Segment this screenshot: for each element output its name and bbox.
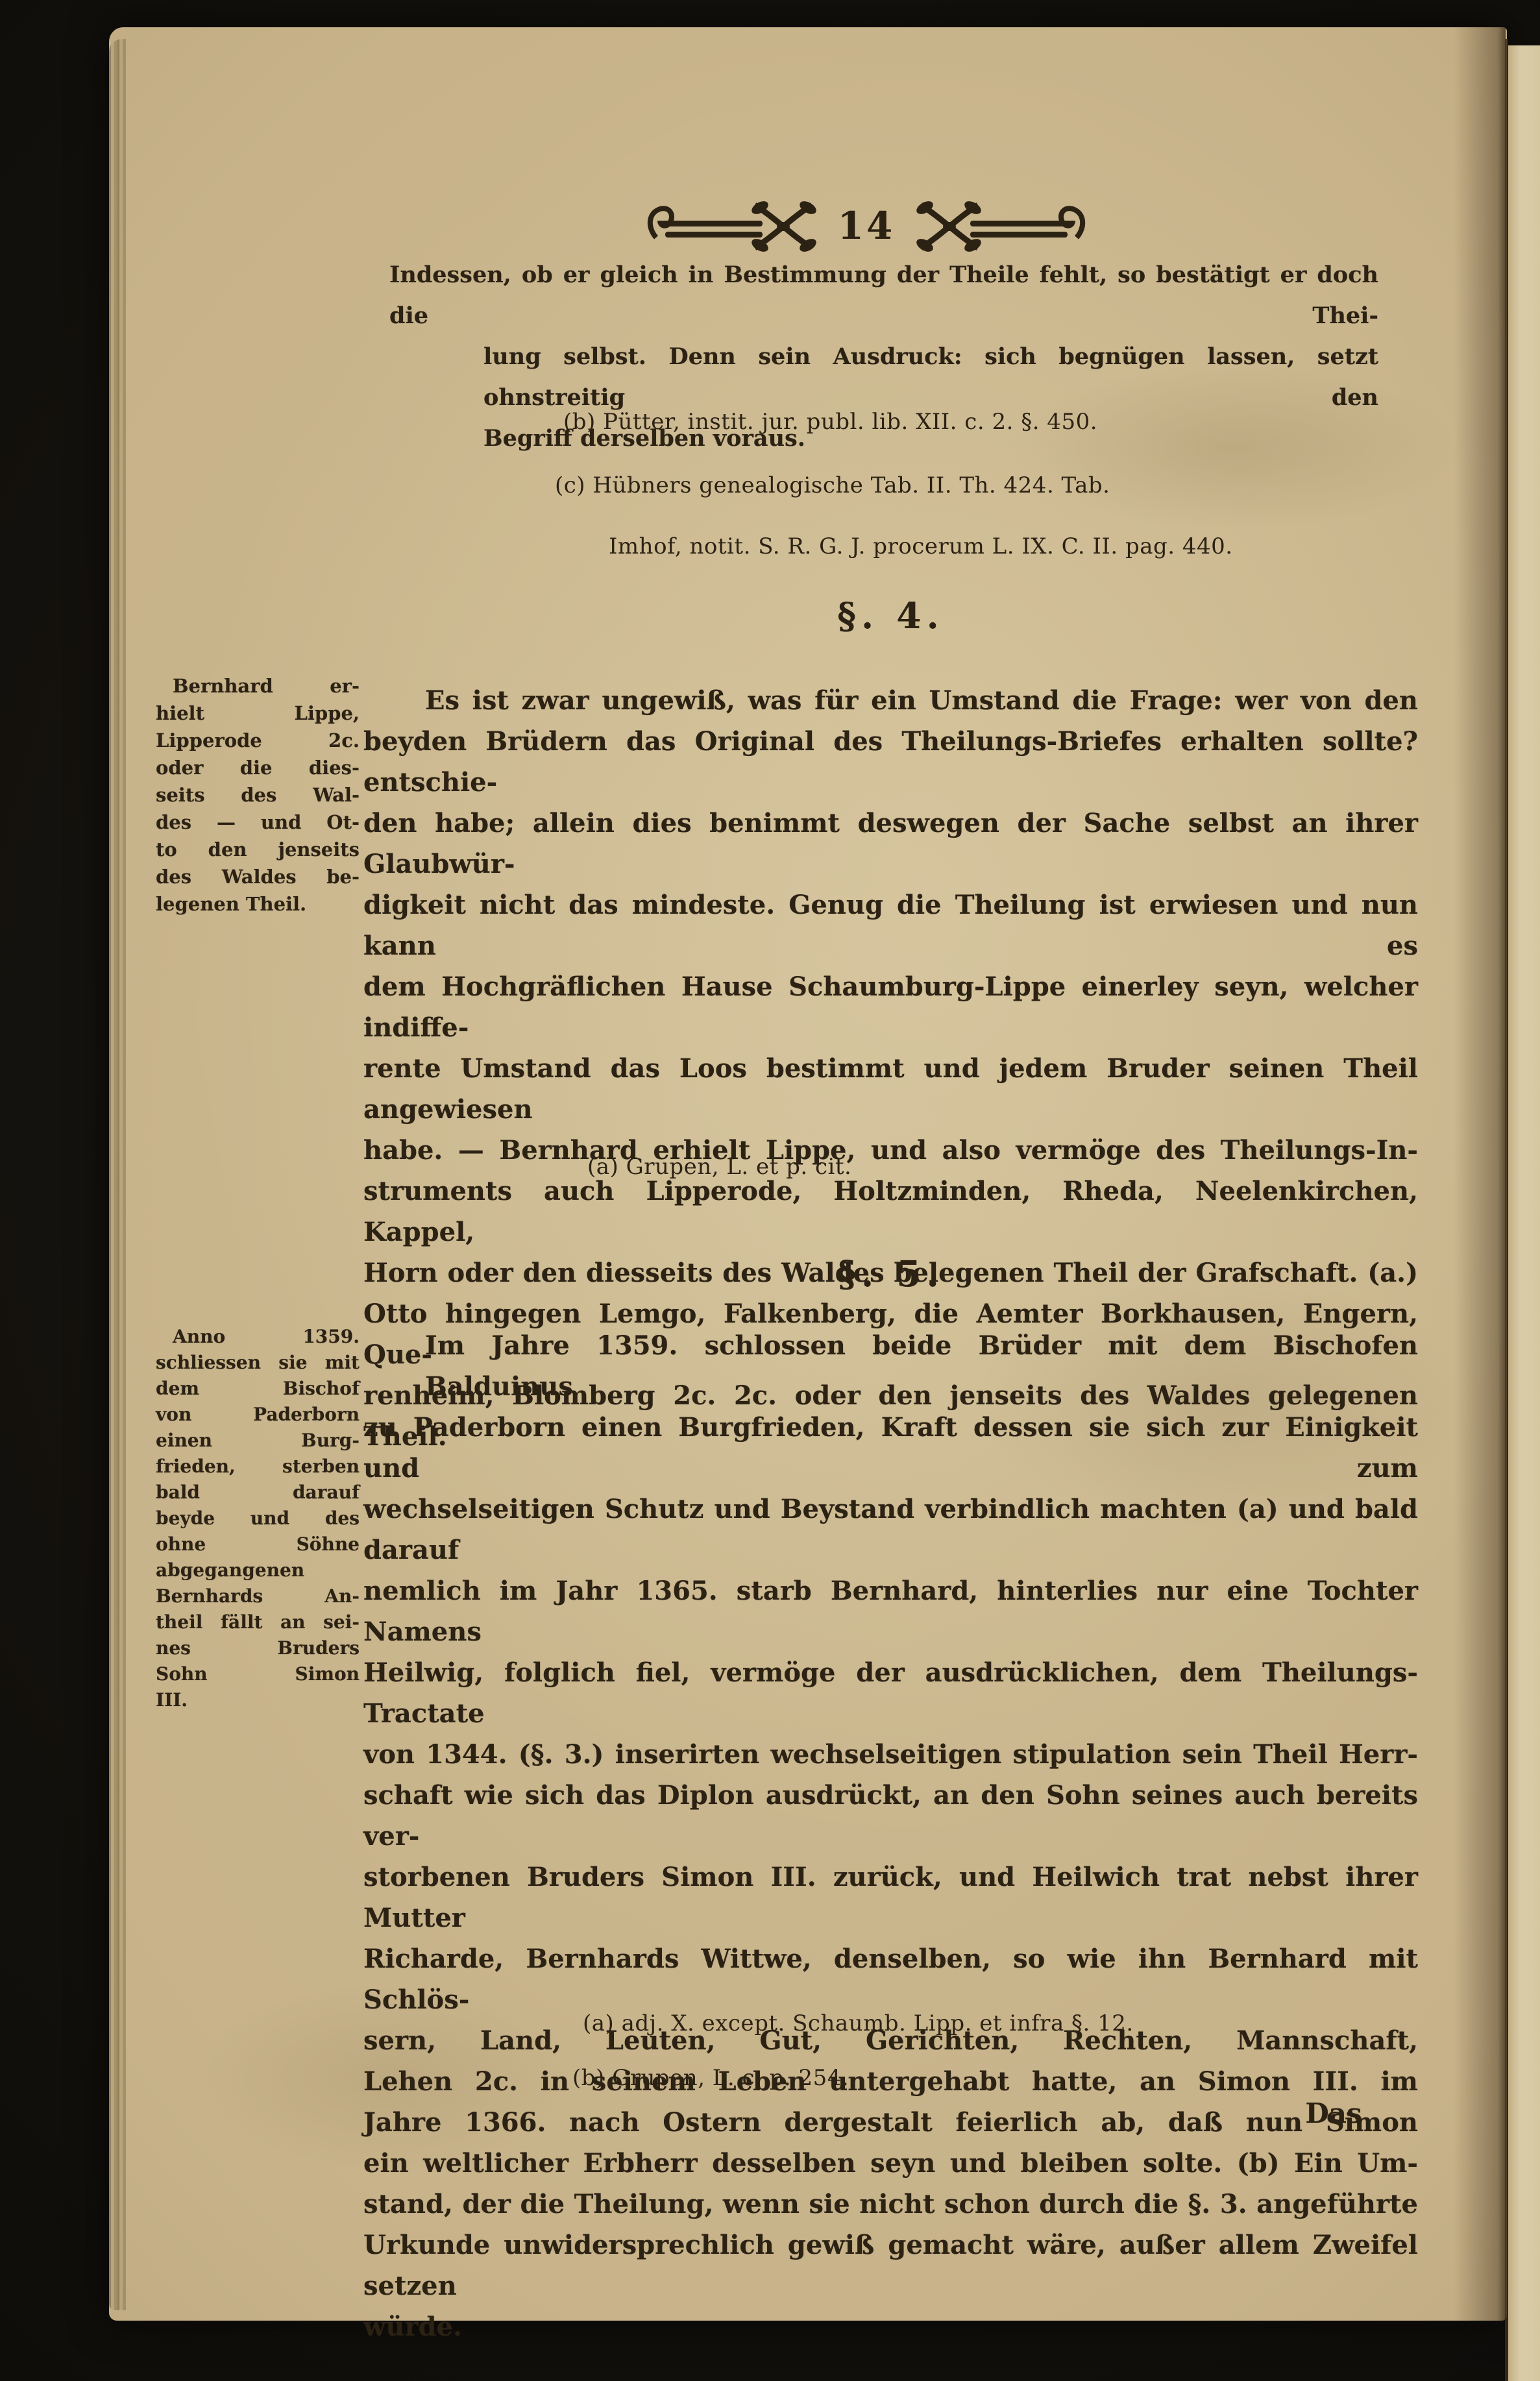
text-line: storbenen Bruders Simon III. zurück, und… [363,1857,1418,1938]
footnote-b-puetter: (b) Pütter, instit. jur. publ. lib. XII.… [563,409,1097,435]
text-line: theil fällt an sei- [156,1609,360,1635]
section5-margin-note: Anno 1359.schliessen sie mitdem Bischofv… [156,1324,360,1713]
text-line: schaft wie sich das Diplon ausdrückt, an… [363,1775,1418,1857]
text-line: Richarde, Bernhards Wittwe, denselben, s… [363,1938,1418,2020]
text-line: nes Bruders [156,1635,360,1661]
gutter-shadow [1454,27,1506,2321]
adjacent-page-sliver [1508,45,1540,2381]
text-line: den habe; allein dies benimmt deswegen d… [363,803,1418,885]
page-edge-stack [109,39,126,2310]
text-line: Es ist zwar ungewiß, was für ein Umstand… [363,680,1418,721]
text-line: würde. [363,2306,1418,2347]
text-line: seits des Wal- [156,781,360,809]
section4-margin-note: Bernhard er-hielt Lippe,Lipperode 2c.ode… [156,672,360,918]
footnote-imhof: Imhof, notit. S. R. G. J. procerum L. IX… [609,533,1233,559]
text-line: dem Bischof [156,1376,360,1402]
book-scan-stage: 14 Indessen, ob er gleich in Bestimmung … [0,0,1540,2381]
text-line: Sohn Simon [156,1661,360,1687]
text-line: rente Umstand das Loos bestimmt und jede… [363,1048,1418,1130]
text-line: ein weltlicher Erbherr desselben seyn un… [363,2143,1418,2184]
text-line: struments auch Lipperode, Holtzminden, R… [363,1171,1418,1252]
text-line: legenen Theil. [156,890,360,918]
text-line: beyden Brüdern das Original des Theilung… [363,721,1418,803]
text-line: abgegangenen [156,1557,360,1583]
text-line: Anno 1359. [156,1324,360,1350]
text-line: von 1344. (§. 3.) inserirten wechselseit… [363,1734,1418,1775]
text-line: wechselseitigen Schutz und Beystand verb… [363,1489,1418,1570]
text-line: habe. — Bernhard erhielt Lippe, und also… [363,1130,1418,1171]
text-line: to den jenseits [156,836,360,863]
catchword: Das [1265,2097,1402,2129]
text-line: Bernhards An- [156,1583,360,1609]
text-line: nemlich im Jahr 1365. starb Bernhard, hi… [363,1570,1418,1652]
text-line: des Waldes be- [156,863,360,890]
text-line: digkeit nicht das mindeste. Genug die Th… [363,885,1418,966]
text-line: Urkunde unwidersprechlich gewiß gemacht … [363,2225,1418,2306]
text-line: schliessen sie mit [156,1350,360,1376]
text-line: Bernhard er- [156,672,360,700]
text-line: III. [156,1687,360,1713]
footnote-c-huebner: (c) Hübners genealogische Tab. II. Th. 4… [555,472,1110,498]
text-line: Jahre 1366. nach Ostern dergestalt feier… [363,2102,1418,2143]
section4-heading: §. 4. [363,594,1418,637]
text-line: Lipperode 2c. [156,727,360,754]
text-line: stand, der die Theilung, wenn sie nicht … [363,2184,1418,2225]
page-number: 14 [838,204,896,248]
text-line: frieden, sterben [156,1454,360,1480]
text-line: hielt Lippe, [156,700,360,727]
text-line: beyde und des [156,1506,360,1532]
text-line: Lehen 2c. in seinem Leben untergehabt ha… [363,2061,1418,2102]
text-line: oder die dies- [156,754,360,781]
text-line: einen Burg- [156,1428,360,1454]
text-line: bald darauf [156,1480,360,1506]
text-line: Im Jahre 1359. schlossen beide Brüder mi… [363,1325,1418,1407]
text-line: Indessen, ob er gleich in Bestimmung der… [389,254,1378,336]
footnote-a-grupen: (a) Grupen, L. et p. cit. [587,1154,851,1180]
text-line: lung selbst. Denn sein Ausdruck: sich be… [389,336,1378,418]
text-line: des — und Ot- [156,809,360,836]
ornament-left-icon [646,195,821,257]
text-line: Heilwig, folglich fiel, vermöge der ausd… [363,1652,1418,1734]
section5-body: Im Jahre 1359. schlossen beide Brüder mi… [363,1325,1418,2347]
footnote-b-grupen: (b) Grupen, L. c. p. 254. [572,2065,849,2091]
section5-heading: §. 5. [363,1252,1418,1295]
text-line: dem Hochgräflichen Hause Schaumburg-Lipp… [363,966,1418,1048]
ornament-right-icon [912,195,1087,257]
text-line: ohne Söhne [156,1532,360,1557]
text-line: von Paderborn [156,1402,360,1428]
footnote-a-schaumb: (a) adj. X. except. Schaumb. Lipp. et in… [583,2010,1134,2036]
text-line: zu Paderborn einen Burgfrieden, Kraft de… [363,1407,1418,1489]
page-header: 14 [604,187,1129,265]
